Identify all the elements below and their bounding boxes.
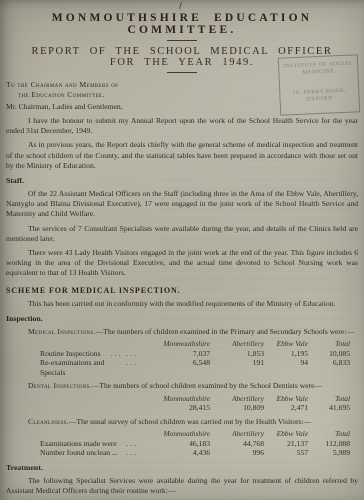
paragraph-lead: Cleanliness. [28, 417, 69, 426]
staff-paragraph: The services of 7 Consultant Specialists… [6, 224, 358, 244]
column-header: Total [308, 429, 350, 439]
column-header: Abertillery [210, 394, 264, 404]
value-cell: 996 [210, 448, 264, 458]
value-cell: 2,471 [264, 403, 308, 413]
table-header-row: Monmouthshire Abertillery Ebbw Vale Tota… [6, 429, 350, 439]
inspection-heading: Inspection. [6, 314, 358, 323]
scheme-heading: SCHEME FOR MEDICAL INSPECTION. [6, 286, 358, 295]
row-label: Re-examinations and Specials [40, 358, 126, 377]
value-cell: 6,833 [308, 358, 350, 368]
leader-dots: ... [126, 439, 138, 449]
value-cell: 112,088 [308, 439, 350, 449]
divider-rule [167, 40, 197, 41]
row-label: Number found unclean ... [40, 448, 118, 458]
table-row: Re-examinations and Specials... 6,548 19… [6, 358, 350, 377]
medical-inspections-paragraph: Medical Inspections.—The numbers of chil… [6, 327, 358, 337]
report-title-line2: FOR THE YEAR 1949. [6, 57, 358, 68]
value-cell: 28,415 [152, 403, 210, 413]
value-cell: 4,436 [152, 448, 210, 458]
column-header: Total [308, 339, 350, 349]
value-cell: 1,853 [210, 349, 264, 359]
value-cell: 44,768 [210, 439, 264, 449]
row-label: Routine Inspections [40, 349, 101, 359]
value-cell: 1,195 [264, 349, 308, 359]
committee-title: MONMOUTHSHIRE EDUCATION COMMITTEE. [6, 12, 358, 36]
report-title-line1: REPORT OF THE SCHOOL MEDICAL OFFICER [6, 46, 358, 57]
salutation-line: To the Chairman and Members of [6, 80, 358, 90]
treatment-heading: Treatment. [6, 463, 358, 472]
row-label-cell: Routine Inspections... ... [6, 349, 152, 359]
scanned-report-page: Institute of Social Medicine 10, Parks R… [0, 0, 364, 500]
staff-heading: Staff. [6, 176, 358, 185]
intro-paragraph: As in previous years, the Report deals c… [6, 140, 358, 171]
column-header: Ebbw Vale [264, 394, 308, 404]
table-header-row: Monmouthshire Abertillery Ebbw Vale Tota… [6, 394, 350, 404]
staff-paragraph: There were 43 Lady Health Visitors engag… [6, 248, 358, 279]
cleanliness-table: Monmouthshire Abertillery Ebbw Vale Tota… [6, 429, 358, 458]
paragraph-lead: Dental Inspections. [28, 381, 92, 390]
treatment-paragraph: The following Specialist Services were a… [6, 476, 358, 496]
value-cell: 6,548 [152, 358, 210, 368]
column-header: Abertillery [210, 429, 264, 439]
column-header: Monmouthshire [152, 394, 210, 404]
table-row: Routine Inspections... ... 7,037 1,853 1… [6, 349, 350, 359]
value-cell: 10,085 [308, 349, 350, 359]
column-header: Total [308, 394, 350, 404]
dental-inspections-table: Monmouthshire Abertillery Ebbw Vale Tota… [6, 394, 358, 413]
value-cell: 21,137 [264, 439, 308, 449]
leader-dots: ... [126, 448, 138, 458]
paragraph-text: —The numbers of school children examined… [92, 381, 322, 390]
column-header: Ebbw Vale [264, 339, 308, 349]
greeting-line: Mr. Chairman, Ladies and Gentlemen, [6, 102, 358, 112]
salutation-line: the Education Committee. [6, 90, 358, 100]
table-row: 28,415 10,809 2,471 41,695 [6, 403, 350, 413]
value-cell: 7,037 [152, 349, 210, 359]
table-row: Examinations made were... 46,183 44,768 … [6, 439, 350, 449]
value-cell: 46,183 [152, 439, 210, 449]
value-cell: 10,809 [210, 403, 264, 413]
column-header: Abertillery [210, 339, 264, 349]
column-header: Monmouthshire [152, 339, 210, 349]
value-cell: 5,989 [308, 448, 350, 458]
medical-inspections-table: Monmouthshire Abertillery Ebbw Vale Tota… [6, 339, 358, 377]
paragraph-text: —The usual survey of school children was… [69, 417, 311, 426]
paragraph-lead: Medical Inspections. [28, 327, 96, 336]
table-row: Number found unclean ...... 4,436 996 55… [6, 448, 350, 458]
table-header-row: Monmouthshire Abertillery Ebbw Vale Tota… [6, 339, 350, 349]
salutation-block: To the Chairman and Members of the Educa… [6, 80, 358, 112]
value-cell: 41,695 [308, 403, 350, 413]
column-header: Monmouthshire [152, 429, 210, 439]
leader-dots: ... [126, 358, 138, 377]
staff-paragraph: Of the 22 Assistant Medical Officers on … [6, 189, 358, 220]
value-cell: 191 [210, 358, 264, 368]
dental-inspections-paragraph: Dental Inspections.—The numbers of schoo… [6, 381, 358, 391]
row-label: Examinations made were [40, 439, 117, 449]
row-label-cell: Number found unclean ...... [6, 448, 152, 458]
value-cell: 94 [264, 358, 308, 368]
paragraph-text: —The numbers of children examined in the… [96, 327, 354, 336]
leader-dots: ... ... [111, 349, 138, 359]
scheme-paragraph: This has been carried out in conformity … [6, 299, 358, 309]
column-header: Ebbw Vale [264, 429, 308, 439]
divider-rule [167, 72, 197, 73]
value-cell: 557 [264, 448, 308, 458]
row-label-cell: Re-examinations and Specials... [6, 358, 152, 377]
row-label-cell: Examinations made were... [6, 439, 152, 449]
intro-paragraph: I have the honour to submit my Annual Re… [6, 116, 358, 136]
cleanliness-paragraph: Cleanliness.—The usual survey of school … [6, 417, 358, 427]
